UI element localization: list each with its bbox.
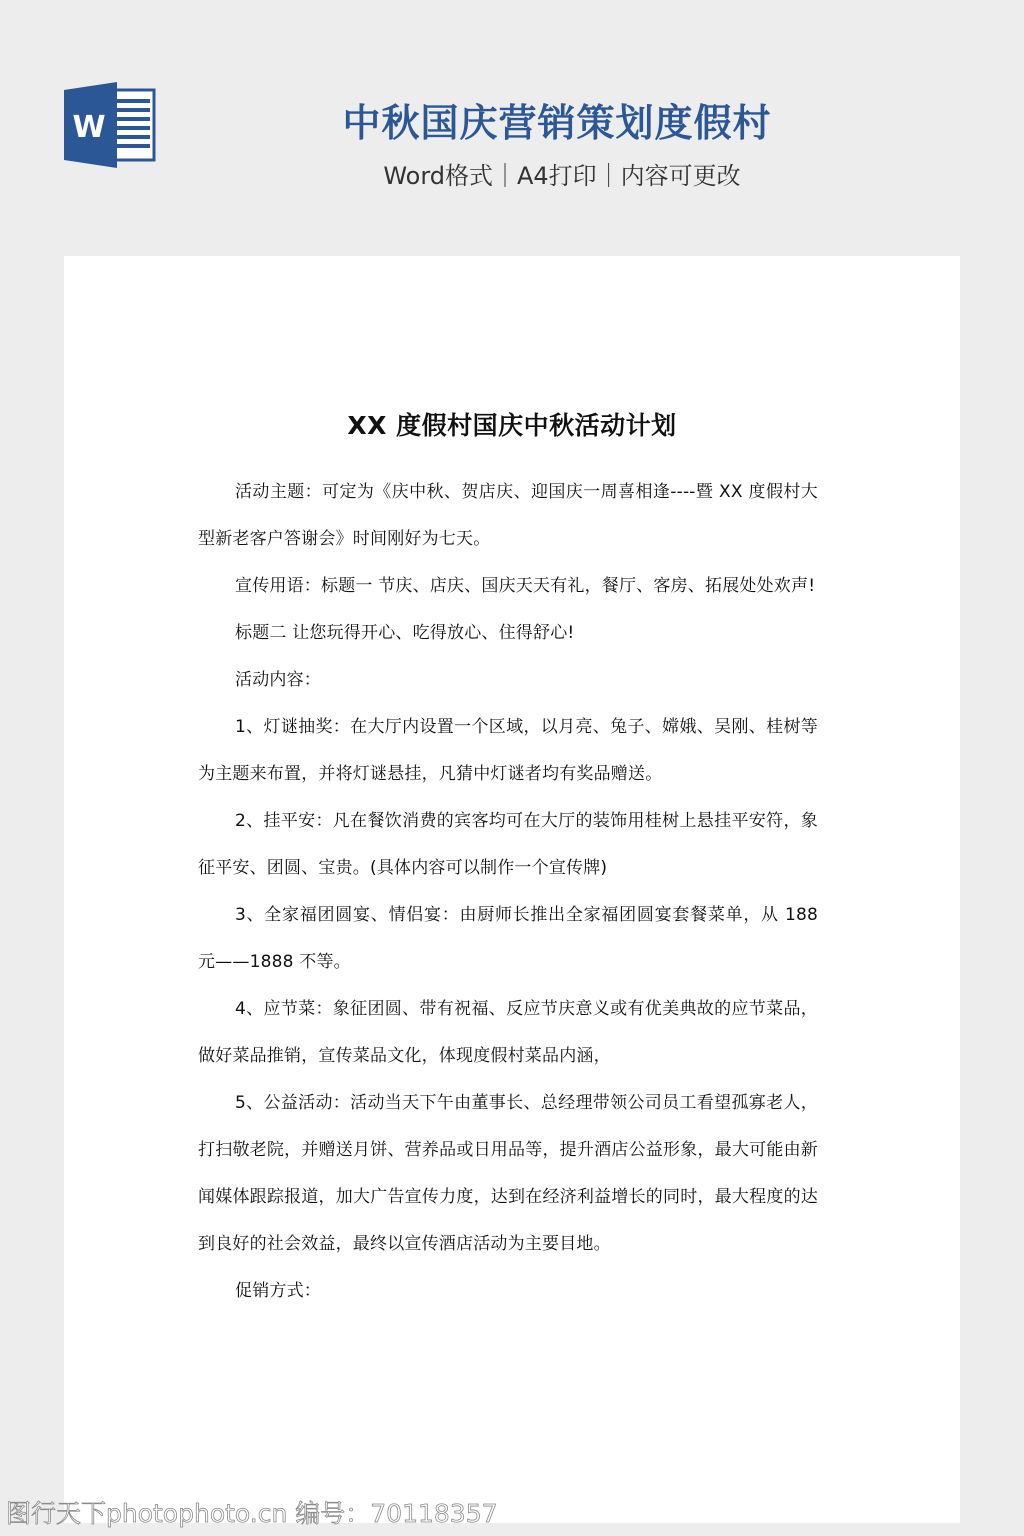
paragraph-theme: 活动主题：可定为《庆中秋、贺店庆、迎国庆一周喜相逢----暨 XX 度假村大型新… xyxy=(198,469,818,563)
paragraph-item-2: 2、挂平安：凡在餐饮消费的宾客均可在大厅的装饰用桂树上悬挂平安符，象征平安、团圆… xyxy=(198,798,818,892)
banner-subtitle: Word格式｜A4打印｜内容可更改 xyxy=(0,156,1024,191)
paragraph-promotion-heading: 促销方式： xyxy=(198,1268,818,1315)
watermark-text: 图行天下photophoto.cn 编号：70118357 xyxy=(6,1494,498,1530)
document-page: XX 度假村国庆中秋活动计划 活动主题：可定为《庆中秋、贺店庆、迎国庆一周喜相逢… xyxy=(64,256,960,1523)
document-body: 活动主题：可定为《庆中秋、贺店庆、迎国庆一周喜相逢----暨 XX 度假村大型新… xyxy=(198,469,818,1315)
document-title: XX 度假村国庆中秋活动计划 xyxy=(64,406,960,442)
paragraph-slogan-2: 标题二 让您玩得开心、吃得放心、住得舒心! xyxy=(198,610,818,657)
paragraph-slogan-1: 宣传用语：标题一 节庆、店庆、国庆天天有礼，餐厅、客房、拓展处处欢声! xyxy=(198,563,818,610)
banner-title: 中秋国庆营销策划度假村 xyxy=(0,92,1024,147)
paragraph-item-4: 4、应节菜：象征团圆、带有祝福、反应节庆意义或有优美典故的应节菜品，做好菜品推销… xyxy=(198,986,818,1080)
paragraph-item-5: 5、公益活动：活动当天下午由董事长、总经理带领公司员工看望孤寡老人，打扫敬老院，… xyxy=(198,1080,818,1268)
paragraph-item-3: 3、全家福团圆宴、情侣宴：由厨师长推出全家福团圆宴套餐菜单，从 188 元——1… xyxy=(198,892,818,986)
paragraph-activity-heading: 活动内容： xyxy=(198,657,818,704)
paragraph-item-1: 1、灯谜抽奖：在大厅内设置一个区域，以月亮、兔子、嫦娥、吴刚、桂树等为主题来布置… xyxy=(198,704,818,798)
